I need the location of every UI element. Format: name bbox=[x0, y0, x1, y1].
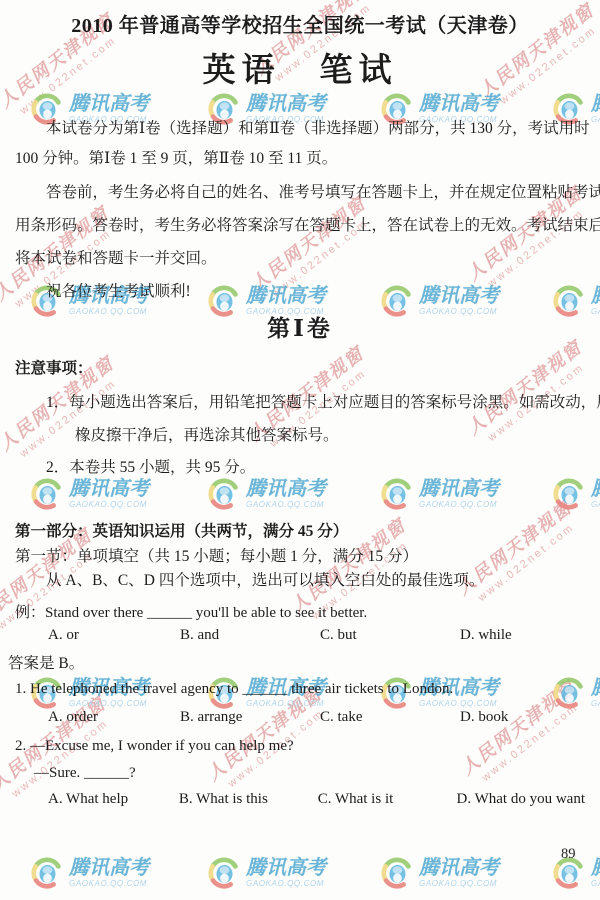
intro-paragraph-2: 答卷前，考生务必将自己的姓名、准考号填写在答题卡上，并在规定位置粘贴考试 用条形… bbox=[15, 176, 585, 275]
note-line: 1．每小题选出答案后，用铅笔把答题卡上对应题目的答案标号涂黑。如需改动，用 bbox=[15, 386, 585, 419]
volume1-heading: 第Ⅰ卷 bbox=[15, 310, 585, 343]
example-options: A. or B. and C. but D. while bbox=[15, 627, 585, 644]
example-answer: 答案是 B。 bbox=[8, 651, 585, 673]
option-c: C. but bbox=[320, 627, 460, 644]
option-a: A. or bbox=[48, 627, 180, 644]
question-1-text: 1. He telephoned the travel agency to __… bbox=[15, 681, 585, 698]
notes-item-2: 2．本卷共 55 小题，共 95 分。 bbox=[15, 455, 585, 477]
page-number: 89 bbox=[561, 846, 576, 863]
good-luck-line: 祝各位考生考试顺利! bbox=[15, 279, 585, 301]
option-a: A. order bbox=[48, 709, 180, 726]
intro-line: 本试卷分为第Ⅰ卷（选择题）和第Ⅱ卷（非选择题）两部分，共 130 分，考试用时 bbox=[15, 114, 585, 144]
note-line: 橡皮擦干净后，再选涂其他答案标号。 bbox=[15, 419, 585, 452]
intro-paragraph-1: 本试卷分为第Ⅰ卷（选择题）和第Ⅱ卷（非选择题）两部分，共 130 分，考试用时 … bbox=[15, 114, 585, 174]
question-2-options: A. What help B. What is this C. What is … bbox=[15, 791, 585, 808]
section1-title: 第一节：单项填空（共 15 小题；每小题 1 分，满分 15 分） bbox=[15, 544, 585, 566]
option-c: C. take bbox=[320, 709, 460, 726]
question-1-options: A. order B. arrange C. take D. book bbox=[15, 709, 585, 726]
intro-line: 用条形码。答卷时，考生务必将答案涂写在答题卡上，答在试卷上的无效。考试结束后， bbox=[15, 209, 585, 242]
page-title: 2010 年普通高等学校招生全国统一考试（天津卷） bbox=[15, 9, 585, 38]
exam-content: 2010 年普通高等学校招生全国统一考试（天津卷） 英语 笔试 本试卷分为第Ⅰ卷… bbox=[0, 0, 600, 900]
question-2-reply: —Sure. ______? bbox=[15, 765, 585, 782]
example-prompt: 例：Stand over there ______ you'll be able… bbox=[15, 601, 585, 622]
option-d: D. book bbox=[460, 709, 585, 726]
option-c: C. What is it bbox=[318, 791, 457, 808]
intro-line: 100 分钟。第Ⅰ卷 1 至 9 页，第Ⅱ卷 10 至 11 页。 bbox=[15, 144, 585, 174]
exam-paper-page: 人民网天津视窗 www.022net.com 人民网天津视窗 www.022ne… bbox=[0, 0, 600, 900]
intro-line: 将本试卷和答题卡一并交回。 bbox=[15, 242, 585, 275]
option-d: D. What do you want bbox=[457, 791, 585, 808]
option-d: D. while bbox=[460, 627, 585, 644]
option-b: B. arrange bbox=[180, 709, 320, 726]
part1-title: 第一部分：英语知识运用（共两节，满分 45 分） bbox=[15, 519, 585, 541]
option-b: B. What is this bbox=[179, 791, 318, 808]
exam-subtitle: 英语 笔试 bbox=[15, 44, 585, 91]
intro-line: 答卷前，考生务必将自己的姓名、准考号填写在答题卡上，并在规定位置粘贴考试 bbox=[15, 176, 585, 209]
option-a: A. What help bbox=[48, 791, 179, 808]
question-2-text: 2. —Excuse me, I wonder if you can help … bbox=[15, 738, 585, 755]
option-b: B. and bbox=[180, 627, 320, 644]
notes-item-1: 1．每小题选出答案后，用铅笔把答题卡上对应题目的答案标号涂黑。如需改动，用 橡皮… bbox=[15, 386, 585, 452]
section1-instruction: 从 A、B、C、D 四个选项中，选出可以填入空白处的最佳选项。 bbox=[15, 568, 585, 590]
notes-title: 注意事项： bbox=[15, 356, 585, 378]
